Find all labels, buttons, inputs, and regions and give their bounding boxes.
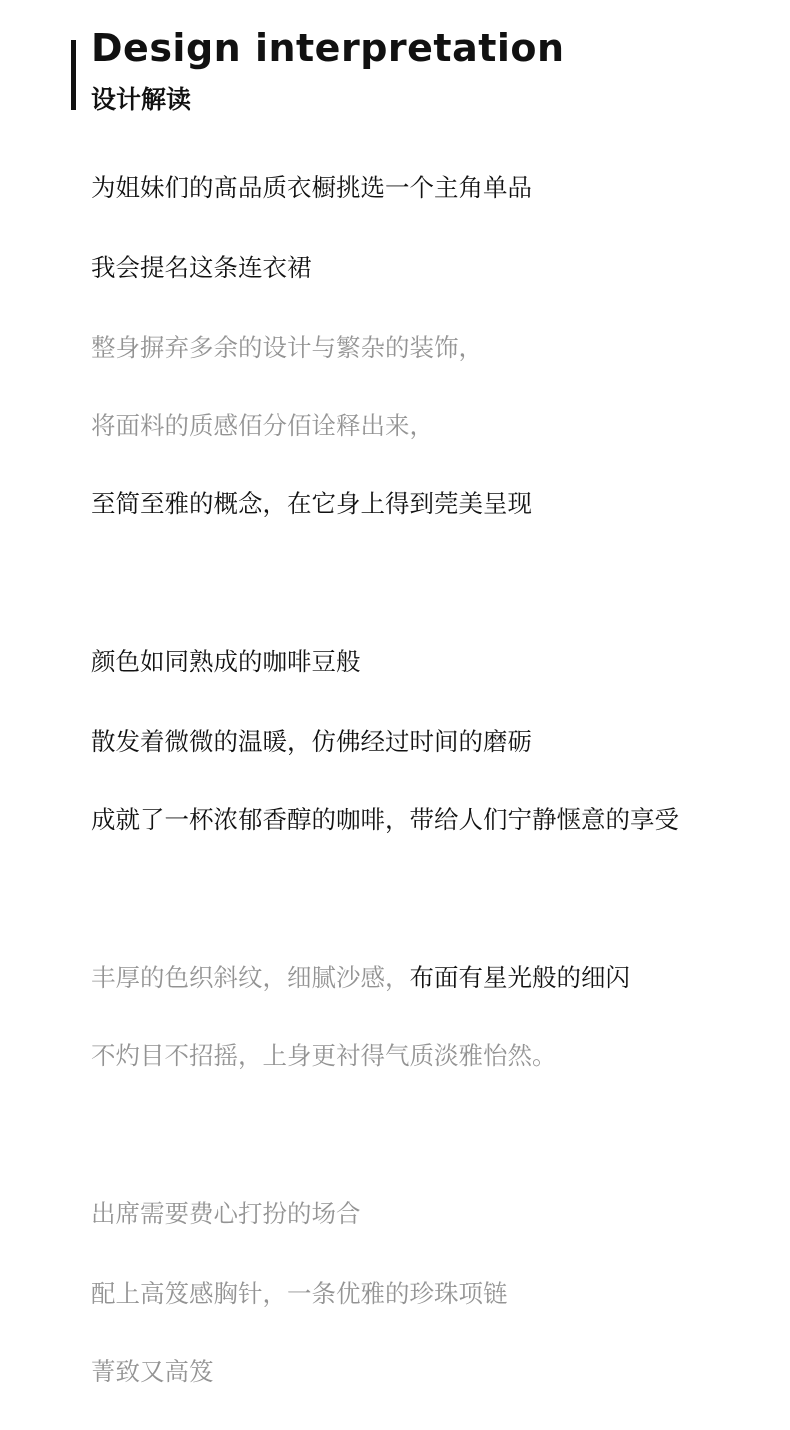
text-line: 将面料的质感佰分佰诠释出来， [91, 410, 434, 442]
page-title-chinese: 设计解读 [91, 80, 191, 116]
text-line: 菁致又高笈 [91, 1356, 214, 1388]
text-line: 不灼目不招摇，上身更衬得气质淡雅怡然。 [91, 1040, 557, 1072]
text-line: 出席需要费心打扮的场合 [91, 1198, 361, 1230]
text-line: 至简至雅的概念，在它身上得到莞美呈现 [91, 488, 532, 520]
text-line: 配上高笈感胸针，一条优雅的珍珠项链 [91, 1278, 508, 1310]
text-line: 成就了一杯浓郁香醇的咖啡，带给人们宁静惬意的享受 [91, 804, 679, 836]
text-line: 颜色如同熟成的咖啡豆般 [91, 646, 361, 678]
text-line: 为姐妹们的髙品质衣橱挑选一个主角单品 [91, 172, 532, 204]
text-line: 丰厚的色织斜纹，细腻沙感，布面有星光般的细闪 [91, 962, 630, 994]
text-line: 我会提名这条连衣裙 [91, 252, 312, 284]
header-accent-bar [71, 40, 76, 110]
text-line: 整身摒弃多余的设计与繁杂的装饰， [91, 332, 483, 364]
page-title-english: Design interpretation [91, 26, 565, 70]
text-line: 散发着微微的温暖，仿佛经过时间的磨砺 [91, 726, 532, 758]
